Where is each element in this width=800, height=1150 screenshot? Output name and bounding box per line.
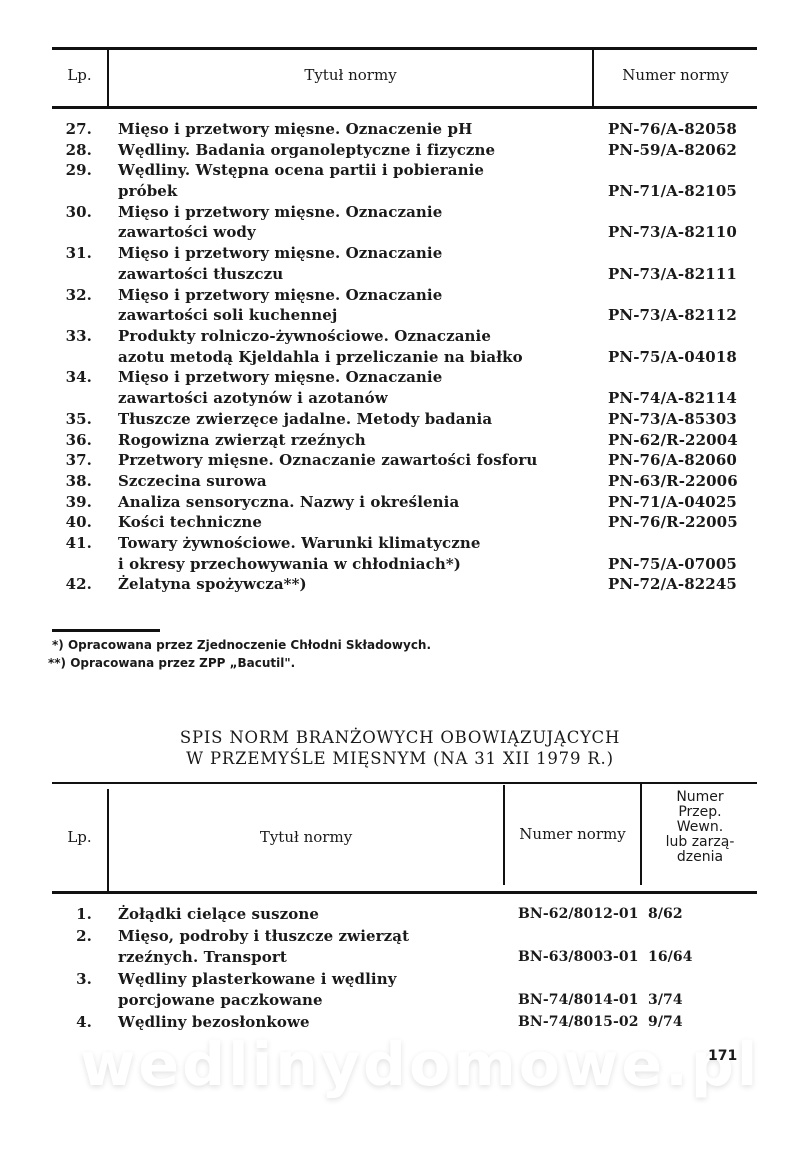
- table2-header-number: Numer normy: [505, 825, 640, 843]
- row-lp: 42.: [52, 574, 92, 594]
- row-internal-number: 3/74: [648, 990, 683, 1010]
- row-number: PN-73/A-85303: [608, 409, 737, 429]
- row-number: PN-76/R-22005: [608, 512, 738, 532]
- row-title: Rogowizna zwierząt rzeźnych: [118, 430, 366, 450]
- row-title: Wędliny plasterkowane i wędliny: [118, 969, 397, 989]
- row-lp: 1.: [52, 904, 92, 924]
- row-lp: 27.: [52, 119, 92, 139]
- row-number: BN-62/8012-01: [518, 904, 639, 924]
- row-lp: 35.: [52, 409, 92, 429]
- row-title: Kości techniczne: [118, 512, 262, 532]
- header-internal-line: Wewn.: [642, 820, 758, 835]
- row-title: Szczecina surowa: [118, 471, 267, 491]
- row-lp: 33.: [52, 326, 92, 346]
- row-title: Żołądki cielące suszone: [118, 904, 319, 924]
- row-number: PN-76/A-82060: [608, 450, 737, 470]
- row-lp: 32.: [52, 285, 92, 305]
- row-title: Mięso i przetwory mięsne. Oznaczanie: [118, 285, 442, 305]
- row-title: zawartości soli kuchennej: [118, 305, 337, 325]
- table2-header-internal: NumerPrzep.Wewn.lub zarzą-dzenia: [642, 790, 758, 865]
- row-lp: 31.: [52, 243, 92, 263]
- row-title: Mięso, podroby i tłuszcze zwierząt: [118, 926, 409, 946]
- page-number: 171: [708, 1048, 737, 1064]
- table1-header-title: Tytuł normy: [109, 66, 592, 84]
- row-title: i okresy przechowywania w chłodniach*): [118, 554, 461, 574]
- row-title: Mięso i przetwory mięsne. Oznaczanie: [118, 367, 442, 387]
- row-lp: 36.: [52, 430, 92, 450]
- table2-header-lp: Lp.: [52, 828, 107, 846]
- row-lp: 29.: [52, 160, 92, 180]
- row-number: PN-63/R-22006: [608, 471, 738, 491]
- table2-header-title: Tytuł normy: [109, 828, 503, 846]
- row-lp: 39.: [52, 492, 92, 512]
- table1-header-lp: Lp.: [52, 66, 107, 84]
- watermark: wedlinydomowe.pl: [80, 1030, 760, 1100]
- row-lp: 3.: [52, 969, 92, 989]
- row-title: Mięso i przetwory mięsne. Oznaczenie pH: [118, 119, 472, 139]
- row-title: zawartości azotynów i azotanów: [118, 388, 388, 408]
- row-title: Analiza sensoryczna. Nazwy i określenia: [118, 492, 459, 512]
- header-internal-line: Numer: [642, 790, 758, 805]
- row-number: PN-75/A-07005: [608, 554, 737, 574]
- row-lp: 30.: [52, 202, 92, 222]
- row-title: zawartości tłuszczu: [118, 264, 283, 284]
- row-number: BN-63/8003-01: [518, 947, 639, 967]
- table1-top-rule: [52, 47, 757, 50]
- row-title: Towary żywnościowe. Warunki klimatyczne: [118, 533, 480, 553]
- row-title: Przetwory mięsne. Oznaczanie zawartości …: [118, 450, 537, 470]
- row-internal-number: 9/74: [648, 1012, 683, 1032]
- section-title-line1: SPIS NORM BRANŻOWYCH OBOWIĄZUJĄCYCH: [0, 727, 800, 749]
- row-lp: 2.: [52, 926, 92, 946]
- row-title: Mięso i przetwory mięsne. Oznaczanie: [118, 202, 442, 222]
- row-number: PN-62/R-22004: [608, 430, 738, 450]
- row-lp: 4.: [52, 1012, 92, 1032]
- table2-top-rule: [52, 782, 757, 784]
- table2-header-rule: [52, 891, 757, 894]
- footnote-rule: [52, 629, 160, 632]
- section-title-line2: W PRZEMYŚLE MIĘSNYM (NA 31 XII 1979 R.): [0, 748, 800, 770]
- row-lp: 38.: [52, 471, 92, 491]
- row-number: PN-59/A-82062: [608, 140, 737, 160]
- row-number: PN-73/A-82110: [608, 222, 737, 242]
- row-number: PN-71/A-04025: [608, 492, 737, 512]
- row-number: PN-73/A-82111: [608, 264, 737, 284]
- header-internal-line: lub zarzą-: [642, 835, 758, 850]
- row-title: Wędliny. Wstępna ocena partii i pobieran…: [118, 160, 484, 180]
- row-lp: 40.: [52, 512, 92, 532]
- row-title: Wędliny bezosłonkowe: [118, 1012, 310, 1032]
- footnote-1: *) Opracowana przez Zjednoczenie Chłodni…: [52, 638, 431, 652]
- row-number: PN-73/A-82112: [608, 305, 737, 325]
- row-title: Tłuszcze zwierzęce jadalne. Metody badan…: [118, 409, 492, 429]
- row-number: PN-72/A-82245: [608, 574, 737, 594]
- row-title: zawartości wody: [118, 222, 256, 242]
- row-title: porcjowane paczkowane: [118, 990, 323, 1010]
- header-internal-line: Przep.: [642, 805, 758, 820]
- row-lp: 41.: [52, 533, 92, 553]
- row-number: BN-74/8014-01: [518, 990, 639, 1010]
- header-internal-line: dzenia: [642, 850, 758, 865]
- table1-header-number: Numer normy: [594, 66, 757, 84]
- row-internal-number: 8/62: [648, 904, 683, 924]
- row-lp: 34.: [52, 367, 92, 387]
- row-lp: 37.: [52, 450, 92, 470]
- row-number: PN-71/A-82105: [608, 181, 737, 201]
- row-internal-number: 16/64: [648, 947, 693, 967]
- row-number: BN-74/8015-02: [518, 1012, 639, 1032]
- row-lp: 28.: [52, 140, 92, 160]
- row-title: azotu metodą Kjeldahla i przeliczanie na…: [118, 347, 523, 367]
- row-title: próbek: [118, 181, 177, 201]
- row-number: PN-74/A-82114: [608, 388, 737, 408]
- row-number: PN-75/A-04018: [608, 347, 737, 367]
- footnote-2: **) Opracowana przez ZPP „Bacutil".: [48, 656, 295, 670]
- row-number: PN-76/A-82058: [608, 119, 737, 139]
- row-title: rzeźnych. Transport: [118, 947, 287, 967]
- table1-header-rule: [52, 106, 757, 109]
- row-title: Mięso i przetwory mięsne. Oznaczanie: [118, 243, 442, 263]
- row-title: Produkty rolniczo-żywnościowe. Oznaczani…: [118, 326, 491, 346]
- row-title: Wędliny. Badania organoleptyczne i fizyc…: [118, 140, 495, 160]
- row-title: Żelatyna spożywcza**): [118, 574, 307, 594]
